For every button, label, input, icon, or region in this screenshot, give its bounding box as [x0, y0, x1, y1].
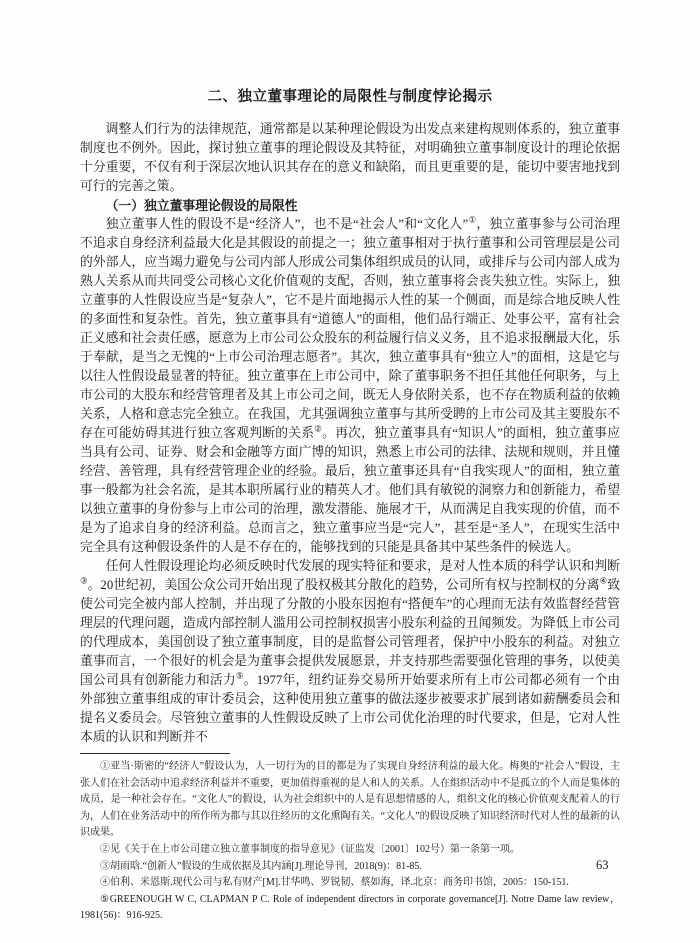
footnote-2: ②见《关于在上市公司建立独立董事制度的指导意见》（证监发〔2001〕102号）第…: [80, 842, 620, 859]
paragraph-intro: 调整人们行为的法律规范，通常都是以某种理论假设为出发点来建构规则体系的，独立董事…: [80, 120, 620, 196]
footnote-3: ③胡雨晗.“创新人”假设的生成依据及其内涵[J].理论导刊，2018(9)：81…: [80, 859, 620, 876]
footnote-1: ①亚当·斯密的“经济人”假设认为，人一切行为的目的都是为了实现自身经济利益的最大…: [80, 759, 620, 842]
paragraph-text: 任何人性假设理论均必须反映时代发展的现实特征和要求，是对人性本质的科学认识和判断: [106, 559, 620, 573]
footnote-5: ⑤GREENOUGH W C, CLAPMAN P C. Role of ind…: [80, 892, 620, 925]
subsection-heading: （一）独立董事理论假设的局限性: [80, 196, 620, 215]
document-page: 二、独立董事理论的局限性与制度悖论揭示 调整人们行为的法律规范，通常都是以某种理…: [0, 0, 700, 943]
page-title: 二、独立董事理论的局限性与制度悖论揭示: [80, 85, 620, 106]
paragraph-human-nature-assumption: 独立董事人性的假设不是“经济人”，也不是“社会人”和“文化人”①，独立董事参与公…: [80, 215, 620, 557]
footnote-ref-5: ⑤: [236, 671, 244, 681]
footnotes-block: ①亚当·斯密的“经济人”假设认为，人一切行为的目的都是为了实现自身经济利益的最大…: [80, 759, 620, 925]
footnote-divider: [80, 753, 230, 754]
paragraph-text: 致使公司完全被内部人控制，并出现了分散的小股东因抱有“搭便车”的心理而无法有效监…: [80, 578, 620, 687]
footnote-ref-3: ③: [80, 576, 88, 586]
footnote-4: ④伯利、米恩斯.现代公司与私有财产[M].甘华鸣、罗锐韧、蔡如海，译.北京：商务…: [80, 875, 620, 892]
paragraph-text: ，独立董事参与公司治理不追求自身经济利益最大化是其假设的前提之一；独立董事相对于…: [80, 217, 620, 440]
page-number: 63: [596, 858, 609, 873]
footnote-ref-2: ②: [314, 424, 322, 434]
paragraph-historical-background: 任何人性假设理论均必须反映时代发展的现实特征和要求，是对人性本质的科学认识和判断…: [80, 557, 620, 747]
paragraph-text: 。再次，独立董事具有“知识人”的面相，独立董事应当具有公司、证券、财会和金融等方…: [80, 426, 620, 554]
paragraph-text: 。20世纪初，美国公众公司开始出现了股权极其分散化的趋势，公司所有权与控制权的分…: [88, 578, 600, 592]
paragraph-text: 独立董事人性的假设不是“经济人”，也不是“社会人”和“文化人”: [106, 217, 469, 231]
